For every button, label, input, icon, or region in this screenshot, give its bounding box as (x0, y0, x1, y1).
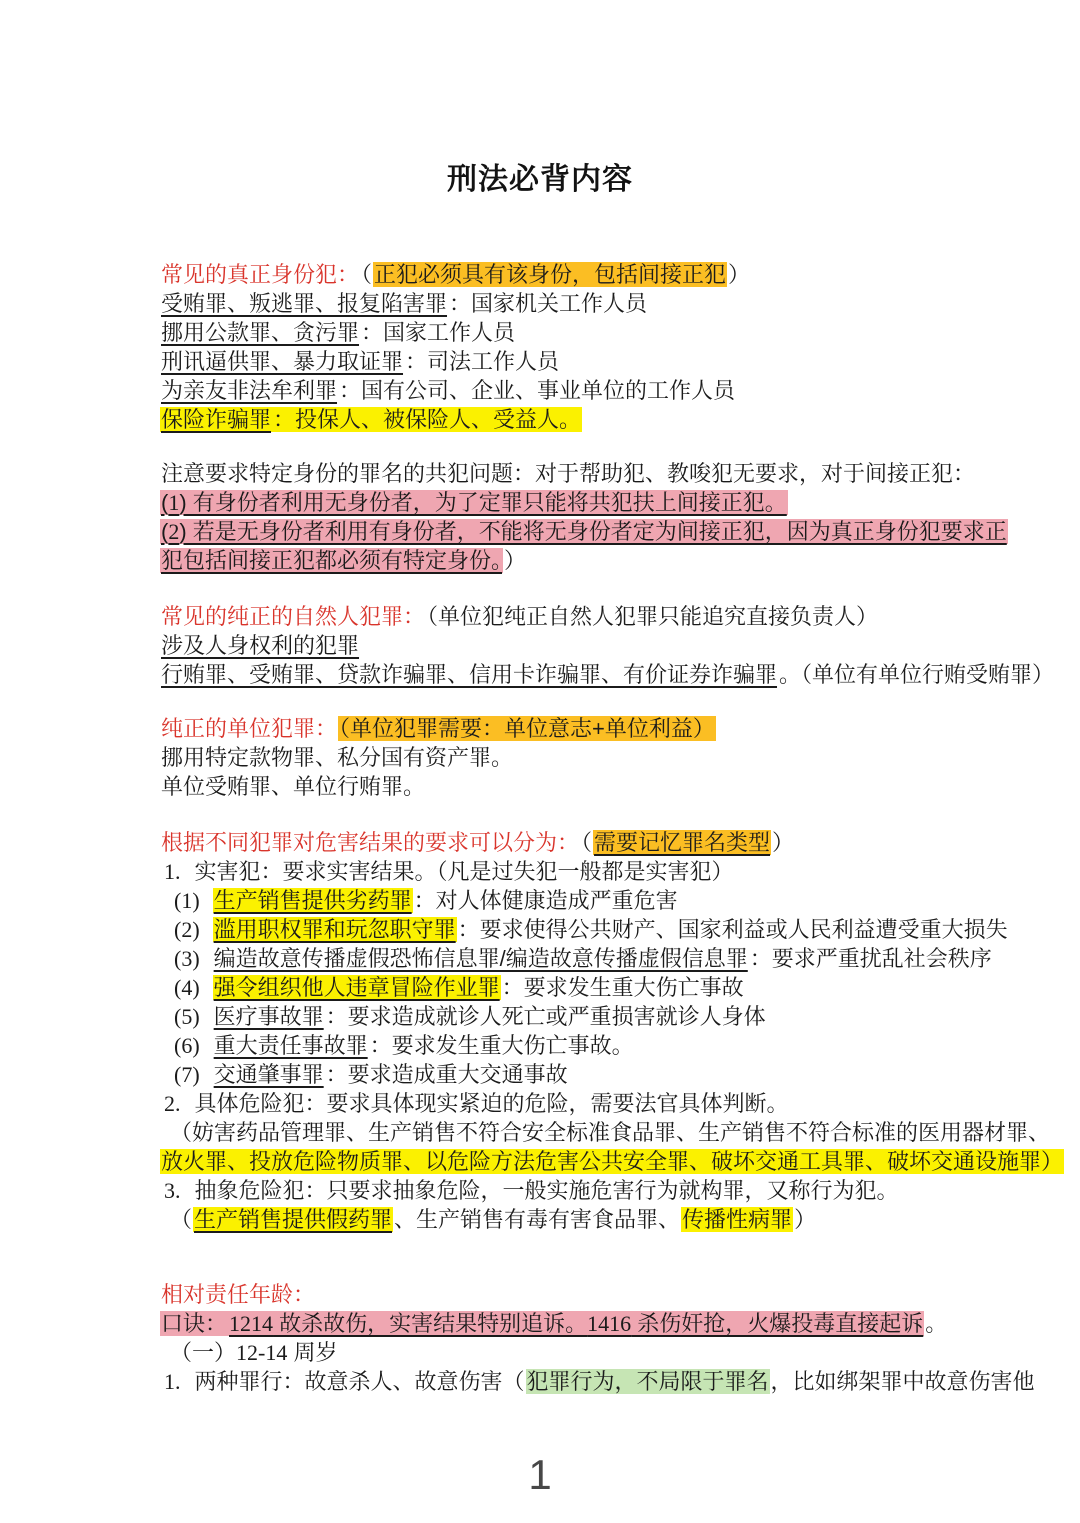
text-line: 放火罪、投放危险物质罪、以危险方法危害公共安全罪、破坏交通工具罪、破坏交通设施罪… (160, 1147, 996, 1176)
numeral: 1214 (229, 1311, 273, 1336)
text-segment: 重大责任事故罪 (213, 1033, 369, 1058)
numeral: 6 (181, 1033, 192, 1058)
text-segment: ：要求发生重大伤亡事故。 (369, 1033, 635, 1058)
text-line: 常见的真正身份犯：（正犯必须具有该身份，包括间接正犯） (160, 260, 996, 289)
text-line: 涉及人身权利的犯罪 (160, 631, 996, 660)
text-line: 挪用公款罪、贪污罪：国家工作人员 (160, 318, 996, 347)
numeral: 1. (164, 1369, 181, 1394)
page-number: 1 (0, 1451, 1080, 1499)
text-line: (6)重大责任事故罪：要求发生重大伤亡事故。 (160, 1031, 996, 1060)
text-segment: 挪用公款罪、贪污罪 (160, 320, 360, 345)
highlight-yellow: 保险诈骗罪 (160, 407, 272, 432)
numeral: 7 (181, 1062, 192, 1087)
numeral: 1. (164, 859, 181, 884)
section-harm-result-classification: 根据不同犯罪对危害结果的要求可以分为：（需要记忆罪名类型）1.实害犯：要求实害结… (160, 828, 996, 1234)
numeral: 1 (181, 888, 192, 913)
list-marker: 1. (163, 1369, 182, 1394)
numeral: 4 (181, 975, 192, 1000)
text-segment: 受贿罪、叛逃罪、报复陷害罪 (160, 291, 448, 316)
text-line: (3)编造故意传播虚假恐怖信息罪/编造故意传播虚假信息罪：要求严重扰乱社会秩序 (160, 944, 996, 973)
numeral: 1 (168, 490, 179, 515)
text-line: (7)交通肇事罪：要求造成重大交通事故 (160, 1060, 996, 1089)
text-segment: 实害犯：要求实害结果。（凡是过失犯一般都是实害犯） (194, 859, 735, 884)
text-segment: ） (727, 262, 751, 287)
numeral: 2. (164, 1091, 181, 1116)
highlight-pink: 犯包括间接正犯都必须有特定身份。 (160, 548, 503, 573)
text-segment: 交通肇事罪 (213, 1062, 325, 1087)
highlight-yellow: 生产销售提供假药罪 (193, 1207, 393, 1232)
text-segment: 行贿罪、受贿罪、贷款诈骗罪、信用卡诈骗罪、有价证券诈骗罪 (160, 662, 778, 687)
page-title: 刑法必背内容 (0, 0, 1080, 198)
text-segment: 刑讯逼供罪、暴力取证罪 (160, 349, 404, 374)
highlight-pink: (1) 有身份者利用无身份者，为了定罪只能将共犯扶上间接正犯。 (160, 490, 788, 515)
highlight-yellow: 强令组织他人违章冒险作业罪 (213, 975, 501, 1000)
text-segment: ：要求严重扰乱社会秩序 (749, 946, 993, 971)
text-line: (5)医疗事故罪：要求造成就诊人死亡或严重损害就诊人身体 (160, 1002, 996, 1031)
section-true-identity-offenders: 常见的真正身份犯：（正犯必须具有该身份，包括间接正犯）受贿罪、叛逃罪、报复陷害罪… (160, 260, 996, 434)
highlight-yellow: 滥用职权罪和玩忽职守罪 (213, 917, 457, 942)
section-accomplice-note: 注意要求特定身份的罪名的共犯问题：对于帮助犯、教唆犯无要求，对于间接正犯： (1… (160, 459, 996, 575)
list-marker: (4) (173, 975, 201, 1000)
text-segment: ：司法工作人员 (404, 349, 560, 374)
text-segment: 。（单位有单位行贿受贿罪） (778, 662, 1055, 687)
section-unit-crimes: 纯正的单位犯罪：（单位犯罪需要：单位意志+单位利益）挪用特定款物罪、私分国有资产… (160, 714, 996, 801)
text-line: 犯包括间接正犯都必须有特定身份。） (160, 546, 996, 575)
text-line: 口诀：1214 故杀故伤，实害结果特别追诉。1416 杀伤奸抢，火爆投毒直接起诉… (160, 1309, 996, 1338)
highlight-yellow: 生产销售提供劣药罪 (213, 888, 413, 913)
highlight-pink: (2) 若是无身份者利用有身份者，不能将无身份者定为间接正犯，因为真正身份犯要求… (160, 519, 1008, 544)
numeral: 3. (164, 1178, 181, 1203)
list-marker: (7) (173, 1062, 201, 1087)
text-line: (2) 若是无身份者利用有身份者，不能将无身份者定为间接正犯，因为真正身份犯要求… (160, 517, 996, 546)
list-marker: (3) (173, 946, 201, 971)
text-segment: 医疗事故罪 (213, 1004, 325, 1029)
text-segment: ：对人体健康造成严重危害 (413, 888, 679, 913)
text-line: 为亲友非法牟利罪：国有公司、企业、事业单位的工作人员 (160, 376, 996, 405)
text-line: (4)强令组织他人违章冒险作业罪：要求发生重大伤亡事故 (160, 973, 996, 1002)
text-segment: ：国有公司、企业、事业单位的工作人员 (338, 378, 736, 403)
text-line: (1) 有身份者利用无身份者，为了定罪只能将共犯扶上间接正犯。 (160, 488, 996, 517)
document-page: { "page": { "title": "刑法必背内容", "page_num… (0, 0, 1080, 1523)
text-line: （妨害药品管理罪、生产销售不符合安全标准食品罪、生产销售不符合标准的医用器材罪、 (160, 1118, 996, 1147)
text-segment: 抽象危险犯：只要求抽象危险，一般实施危害行为就构罪，又称行为犯。 (194, 1178, 900, 1203)
text-segment: ：要求造成就诊人死亡或严重损害就诊人身体 (325, 1004, 767, 1029)
text-segment: 编造故意传播虚假恐怖信息罪/编造故意传播虚假信息罪 (213, 946, 749, 971)
text-line: 1.实害犯：要求实害结果。（凡是过失犯一般都是实害犯） (160, 857, 996, 886)
text-line: 1.两种罪行：故意杀人、故意伤害（犯罪行为，不局限于罪名，比如绑架罪中故意伤害他 (160, 1367, 996, 1396)
numeral: 2 (181, 917, 192, 942)
list-marker: (2) (173, 917, 201, 942)
text-segment: ，比如绑架罪中故意伤害他 (770, 1369, 1036, 1394)
text-segment: （一）12-14 周岁 (169, 1340, 338, 1365)
text-segment: 具体危险犯：要求具体现实紧迫的危险，需要法官具体判断。 (194, 1091, 790, 1116)
text-segment: （ (360, 262, 373, 287)
text-segment: ） (793, 1207, 817, 1232)
text-line: (1)生产销售提供劣药罪：对人体健康造成严重危害 (160, 886, 996, 915)
highlight-orange: 需要记忆罪名类型 (593, 830, 771, 855)
text-segment: 两种罪行：故意杀人、故意伤害（ (194, 1369, 526, 1394)
text-segment: 。 (924, 1311, 948, 1336)
document-body: 常见的真正身份犯：（正犯必须具有该身份，包括间接正犯）受贿罪、叛逃罪、报复陷害罪… (0, 260, 1080, 1396)
text-line: 相对责任年龄： (160, 1280, 996, 1309)
numeral: 3 (181, 946, 192, 971)
text-line: (2)滥用职权罪和玩忽职守罪：要求使得公共财产、国家利益或人民利益遭受重大损失 (160, 915, 996, 944)
heading-text: 常见的真正身份犯： (160, 262, 360, 287)
text-line: 受贿罪、叛逃罪、报复陷害罪：国家机关工作人员 (160, 289, 996, 318)
text-segment: 单位受贿罪、单位行贿罪。 (160, 774, 426, 799)
list-marker: 1. (163, 859, 182, 884)
section-natural-person-crimes: 常见的纯正的自然人犯罪：（单位犯纯正自然人犯罪只能追究直接负责人）涉及人身权利的… (160, 602, 996, 689)
text-segment: 挪用特定款物罪、私分国有资产罪。 (160, 745, 514, 770)
text-line: 单位受贿罪、单位行贿罪。 (160, 772, 996, 801)
text-segment: ：要求造成重大交通事故 (325, 1062, 569, 1087)
highlight-orange: （单位犯罪需要：单位意志+单位利益） (338, 716, 716, 741)
text-line: （生产销售提供假药罪、生产销售有毒有害食品罪、传播性病罪） (160, 1205, 996, 1234)
text-segment: ） (771, 830, 795, 855)
text-segment: 注意要求特定身份的罪名的共犯问题：对于帮助犯、教唆犯无要求，对于间接正犯： (160, 461, 976, 486)
text-line: 3.抽象危险犯：只要求抽象危险，一般实施危害行为就构罪，又称行为犯。 (160, 1176, 996, 1205)
text-segment: （单位犯纯正自然人犯罪只能追究直接负责人） (426, 604, 879, 629)
text-line: （一）12-14 周岁 (160, 1338, 996, 1367)
text-segment: ：要求发生重大伤亡事故 (501, 975, 745, 1000)
text-segment: （妨害药品管理罪、生产销售不符合安全标准食品罪、生产销售不符合标准的医用器材罪、 (169, 1120, 1051, 1145)
text-line: 2.具体危险犯：要求具体现实紧迫的危险，需要法官具体判断。 (160, 1089, 996, 1118)
text-segment: ：国家工作人员 (360, 320, 516, 345)
heading-text: 纯正的单位犯罪： (160, 716, 338, 741)
text-segment: 为亲友非法牟利罪 (160, 378, 338, 403)
text-line: 挪用特定款物罪、私分国有资产罪。 (160, 743, 996, 772)
highlight-yellow: 传播性病罪 (681, 1207, 793, 1232)
text-line: 纯正的单位犯罪：（单位犯罪需要：单位意志+单位利益） (160, 714, 996, 743)
text-line: 常见的纯正的自然人犯罪：（单位犯纯正自然人犯罪只能追究直接负责人） (160, 602, 996, 631)
text-line: 刑讯逼供罪、暴力取证罪：司法工作人员 (160, 347, 996, 376)
highlight-yellow: 放火罪、投放危险物质罪、以危险方法危害公共安全罪、破坏交通工具罪、破坏交通设施罪… (160, 1149, 1064, 1174)
numeral: 1416 (587, 1311, 631, 1336)
numeral: 5 (181, 1004, 192, 1029)
text-segment: ） (503, 548, 527, 573)
text-segment: 、生产销售有毒有害食品罪、 (393, 1207, 681, 1232)
list-marker: (1) (173, 888, 201, 913)
text-line: 注意要求特定身份的罪名的共犯问题：对于帮助犯、教唆犯无要求，对于间接正犯： (160, 459, 996, 488)
heading-text: 相对责任年龄： (160, 1282, 316, 1307)
text-segment: 涉及人身权利的犯罪 (160, 633, 360, 658)
highlight-orange: 正犯必须具有该身份，包括间接正犯 (373, 262, 727, 287)
text-line: 根据不同犯罪对危害结果的要求可以分为：（需要记忆罪名类型） (160, 828, 996, 857)
text-segment: （ (580, 830, 593, 855)
highlight-green: 犯罪行为，不局限于罪名 (526, 1369, 770, 1394)
text-line: 行贿罪、受贿罪、贷款诈骗罪、信用卡诈骗罪、有价证券诈骗罪。（单位有单位行贿受贿罪… (160, 660, 996, 689)
text-line: 保险诈骗罪：投保人、被保险人、受益人。 (160, 405, 996, 434)
heading-text: 常见的纯正的自然人犯罪： (160, 604, 426, 629)
list-marker: 2. (163, 1091, 182, 1116)
highlight-pink: 1214 故杀故伤，实害结果特别追诉。1416 杀伤奸抢，火爆投毒直接起诉 (228, 1311, 924, 1336)
section-relative-responsibility-age: 相对责任年龄：口诀：1214 故杀故伤，实害结果特别追诉。1416 杀伤奸抢，火… (160, 1280, 996, 1396)
highlight-pink: 口诀： (160, 1311, 228, 1336)
highlight-yellow: ：投保人、被保险人、受益人。 (272, 407, 582, 432)
text-segment: （ (169, 1207, 193, 1232)
list-marker: (6) (173, 1033, 201, 1058)
numeral: 2 (168, 519, 179, 544)
text-segment: ：国家机关工作人员 (448, 291, 648, 316)
heading-text: 根据不同犯罪对危害结果的要求可以分为： (160, 830, 580, 855)
text-segment: ：要求使得公共财产、国家利益或人民利益遭受重大损失 (457, 917, 1009, 942)
numeral: 12-14 (236, 1340, 287, 1365)
list-marker: 3. (163, 1178, 182, 1203)
list-marker: (5) (173, 1004, 201, 1029)
